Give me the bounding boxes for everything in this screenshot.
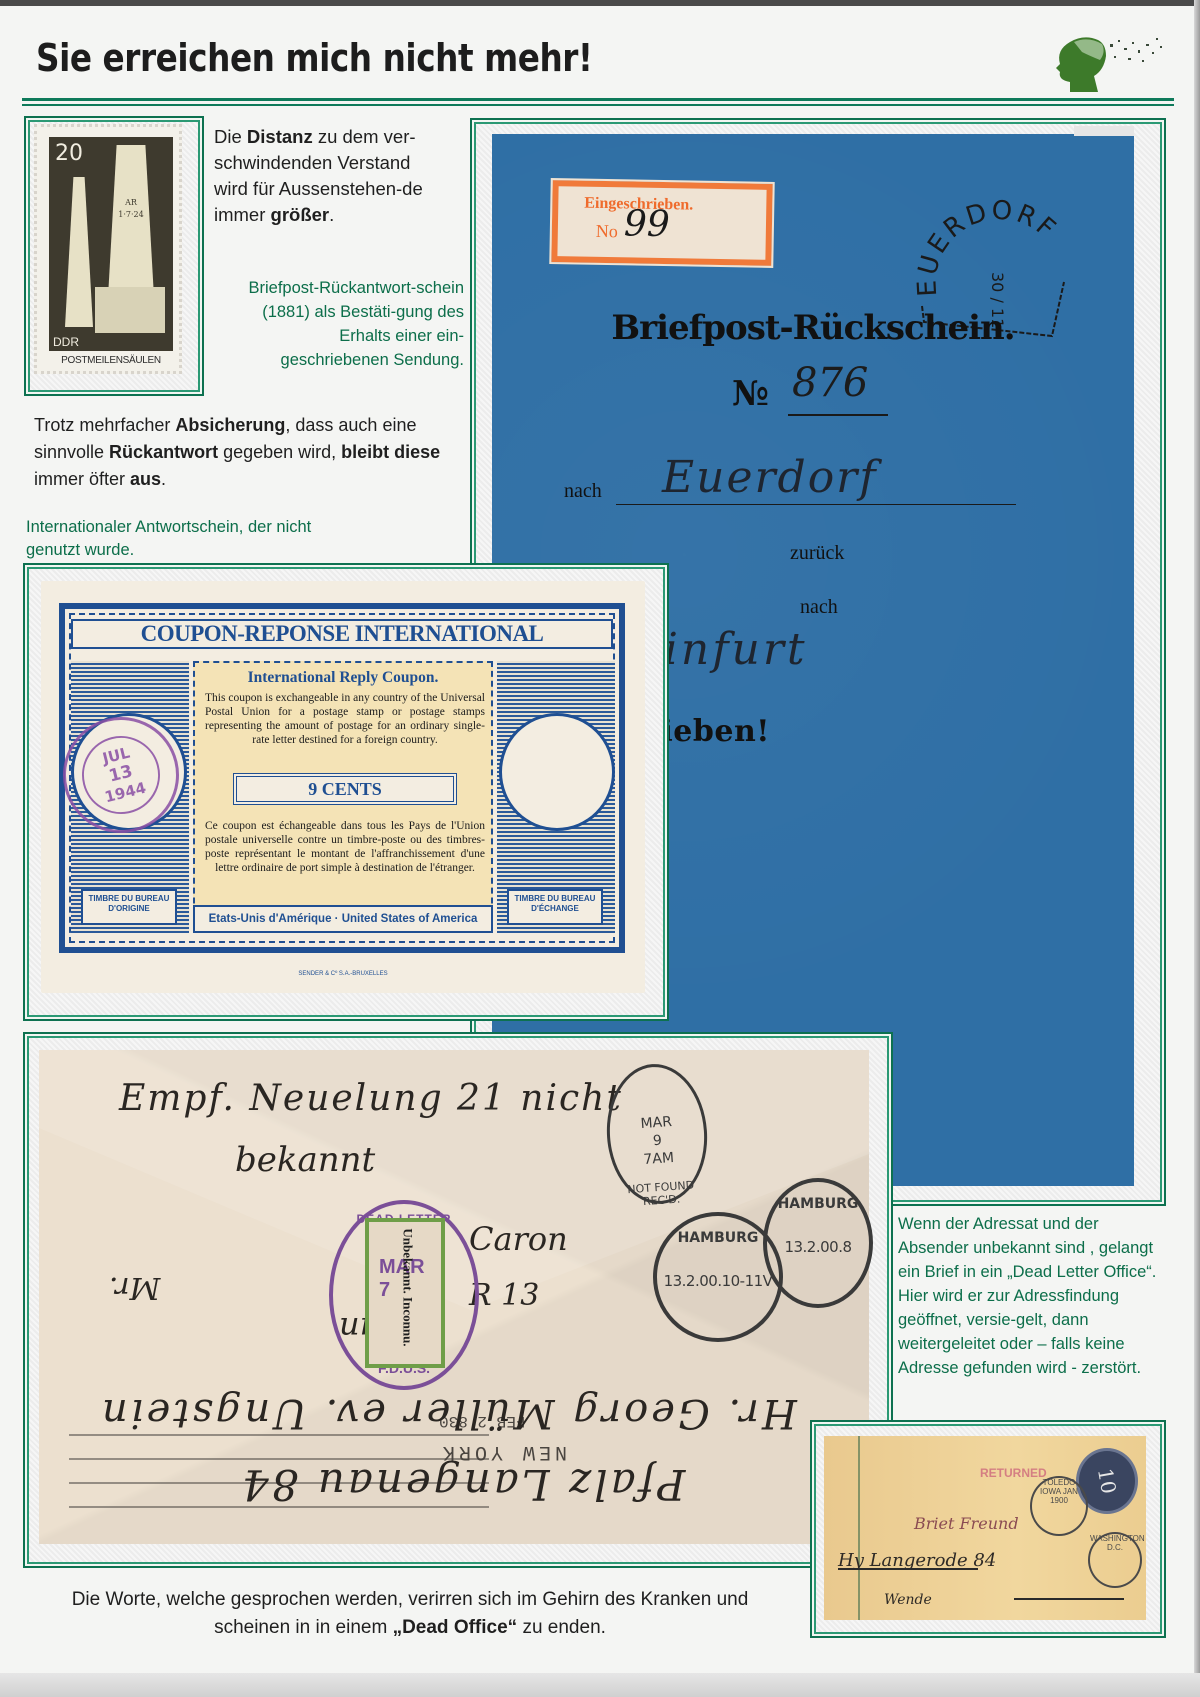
envelope-handwriting-3: Caron bbox=[469, 1220, 568, 1258]
stamp-artwork: 20 AR 1·7·24 DDR bbox=[49, 137, 173, 351]
stamp-monogram: AR bbox=[111, 197, 151, 209]
milestone-inscription: AR 1·7·24 bbox=[111, 197, 151, 221]
envelope-handwriting-2: bekannt bbox=[235, 1140, 375, 1180]
para-bold-3: bleibt diese bbox=[341, 442, 440, 462]
stamp-legend: POSTMEILENSÄULEN bbox=[39, 355, 183, 366]
title-divider bbox=[22, 98, 1174, 106]
envelope-handwriting-5: Mr. bbox=[109, 1270, 160, 1305]
para-bold-1: Absicherung bbox=[175, 415, 285, 435]
hamburg1-city: HAMBURG bbox=[657, 1230, 779, 1246]
dead-letter-caption: Wenn der Adressat und der Absender unbek… bbox=[898, 1212, 1170, 1380]
nach-label-2: nach bbox=[800, 596, 838, 619]
dead-letter-envelope: Empf. Neuelung 21 nicht bekannt Caron R … bbox=[39, 1050, 869, 1544]
postal-card-frame: 10 TOLEDO IOWA JAN 1900 WASHINGTON D.C. … bbox=[810, 1420, 1166, 1638]
postal-stationery-card: 10 TOLEDO IOWA JAN 1900 WASHINGTON D.C. … bbox=[824, 1436, 1146, 1620]
dissolving-head-icon bbox=[1048, 30, 1168, 94]
intro-bold-1: Distanz bbox=[247, 126, 313, 147]
card-postmark-2: WASHINGTON D.C. bbox=[1088, 1532, 1142, 1588]
intro-text-1: Die bbox=[214, 126, 247, 147]
coupon-text-en: This coupon is exchangeable in any count… bbox=[205, 691, 485, 747]
rueckschein-heading: Briefpost-Rückschein. bbox=[492, 308, 1134, 348]
envelope-handwriting-1: Empf. Neuelung 21 nicht bbox=[119, 1078, 623, 1119]
para-text-4: immer öfter bbox=[34, 469, 130, 489]
card-pencil-line bbox=[858, 1436, 860, 1620]
footer-bold: „Dead Office“ bbox=[393, 1617, 518, 1638]
card-red-handstamp: RETURNED bbox=[980, 1466, 1047, 1480]
hamburg-postmark-2: HAMBURG 13.2.00.8 bbox=[763, 1178, 873, 1308]
strike-line-1 bbox=[838, 1568, 978, 1570]
registration-label-number: 99 bbox=[624, 203, 671, 245]
destination-line bbox=[616, 504, 1016, 505]
number-label: № bbox=[732, 374, 769, 414]
paragraph-reply: Trotz mehrfacher Absicherung, dass auch … bbox=[34, 412, 444, 493]
footer-text: Die Worte, welche gesprochen werden, ver… bbox=[40, 1586, 780, 1642]
coupon-country: Etats-Unis d'Amérique · United States of… bbox=[193, 905, 493, 933]
para-text-1: Trotz mehrfacher bbox=[34, 415, 175, 435]
envelope-address-1: Hr. Georg Müller ev. Ungstein bbox=[99, 1390, 797, 1436]
coupon-box-exchange: TIMBRE DU BUREAU D'ÉCHANGE bbox=[507, 889, 603, 925]
stamp-country: DDR bbox=[53, 335, 79, 349]
ddr-stamp: 20 AR 1·7·24 DDR POSTMEILENSÄULEN bbox=[34, 124, 182, 374]
postmark-town: EUERDORF bbox=[912, 196, 1063, 298]
coupon-subheading: International Reply Coupon. bbox=[195, 669, 491, 687]
envelope-address-2: Pfalz Langenau 84 bbox=[239, 1460, 685, 1509]
strike-line-2 bbox=[1014, 1598, 1124, 1600]
coupon-text-fr: Ce coupon est échangeable dans tous les … bbox=[205, 819, 485, 875]
card-handwriting-2: Wende bbox=[884, 1592, 932, 1608]
card-postmark-1: TOLEDO IOWA JAN 1900 bbox=[1030, 1476, 1088, 1536]
rueckschein-caption: Briefpost-Rückantwort-schein (1881) als … bbox=[236, 276, 464, 372]
scan-edge-right bbox=[1194, 0, 1200, 1697]
envelope-handwriting-4: R 13 bbox=[469, 1278, 539, 1313]
coupon-side-right: TIMBRE DU BUREAU D'ÉCHANGE bbox=[497, 661, 615, 933]
number-underline bbox=[788, 414, 888, 416]
stamp-frame: 20 AR 1·7·24 DDR POSTMEILENSÄULEN bbox=[24, 116, 204, 396]
intro-text: Die Distanz zu dem ver-schwindenden Vers… bbox=[214, 124, 444, 228]
unknown-seal-label: MAR 7 Unbekannt. Inconnu. bbox=[365, 1218, 445, 1368]
card-handwriting-3: Briet Freund bbox=[914, 1514, 1019, 1533]
scan-edge-top bbox=[0, 0, 1200, 6]
zurueck-label: zurück bbox=[790, 542, 844, 565]
coupon-center: International Reply Coupon. This coupon … bbox=[193, 661, 493, 933]
coupon-heading: COUPON-REPONSE INTERNATIONAL bbox=[71, 619, 613, 649]
coupon-oval-right bbox=[499, 713, 615, 831]
para-bold-2: Rückantwort bbox=[109, 442, 218, 462]
coupon-frame: COUPON-REPONSE INTERNATIONAL TIMBRE DU B… bbox=[23, 563, 669, 1021]
international-reply-coupon: COUPON-REPONSE INTERNATIONAL TIMBRE DU B… bbox=[41, 581, 645, 993]
coupon-value: 9 CENTS bbox=[233, 773, 457, 805]
milestone-small-icon bbox=[65, 177, 93, 327]
stamp-inscription: 1·7·24 bbox=[111, 209, 151, 221]
nach-label: nach bbox=[564, 480, 602, 503]
stamp-value: 20 bbox=[55, 141, 83, 166]
destination-handwriting: Euerdorf bbox=[662, 452, 878, 503]
indicia-value: 10 bbox=[1090, 1451, 1123, 1510]
registration-label-no: No bbox=[596, 221, 618, 242]
footer-text-2: zu enden. bbox=[517, 1617, 606, 1638]
page-title: Sie erreichen mich nicht mehr! bbox=[36, 36, 592, 80]
coupon-caption: Internationaler Antwortschein, der nicht… bbox=[26, 516, 356, 562]
dlo-slip-text: Unbekannt. Inconnu. bbox=[401, 1213, 416, 1363]
milestone-base bbox=[95, 287, 165, 333]
hamburg2-city: HAMBURG bbox=[767, 1196, 869, 1212]
coupon-box-origin: TIMBRE DU BUREAU D'ORIGINE bbox=[81, 889, 177, 925]
para-text-3: gegeben wird, bbox=[218, 442, 341, 462]
envelope-frame: Empf. Neuelung 21 nicht bekannt Caron R … bbox=[23, 1032, 893, 1568]
para-bold-4: aus bbox=[130, 469, 161, 489]
intro-bold-2: größer bbox=[271, 204, 330, 225]
hamburg2-date: 13.2.00.8 bbox=[767, 1238, 869, 1256]
intro-text-3: . bbox=[329, 204, 334, 225]
coupon-imprint: SENDER & Cº S.A.-BRUXELLES bbox=[41, 971, 645, 977]
registration-label: Eingeschrieben. No 99 bbox=[551, 180, 772, 266]
hamburg1-date: 13.2.00.10-11V bbox=[657, 1272, 779, 1290]
scan-edge-bottom bbox=[0, 1673, 1200, 1697]
para-text-5: . bbox=[161, 469, 166, 489]
number-value: 876 bbox=[792, 360, 868, 406]
svg-text:EUERDORF: EUERDORF bbox=[912, 196, 1063, 298]
paper-tab bbox=[1074, 126, 1134, 136]
